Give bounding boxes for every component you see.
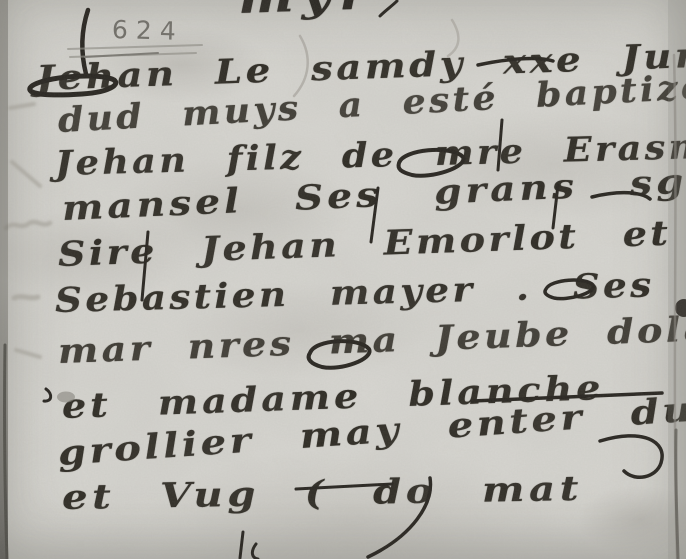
scan-grain-texture [0,0,686,559]
manuscript-page: 624 myr Jehan Le samdy xxe Jur dud muys … [0,0,686,559]
ink-flourishes-overlay [0,0,686,559]
